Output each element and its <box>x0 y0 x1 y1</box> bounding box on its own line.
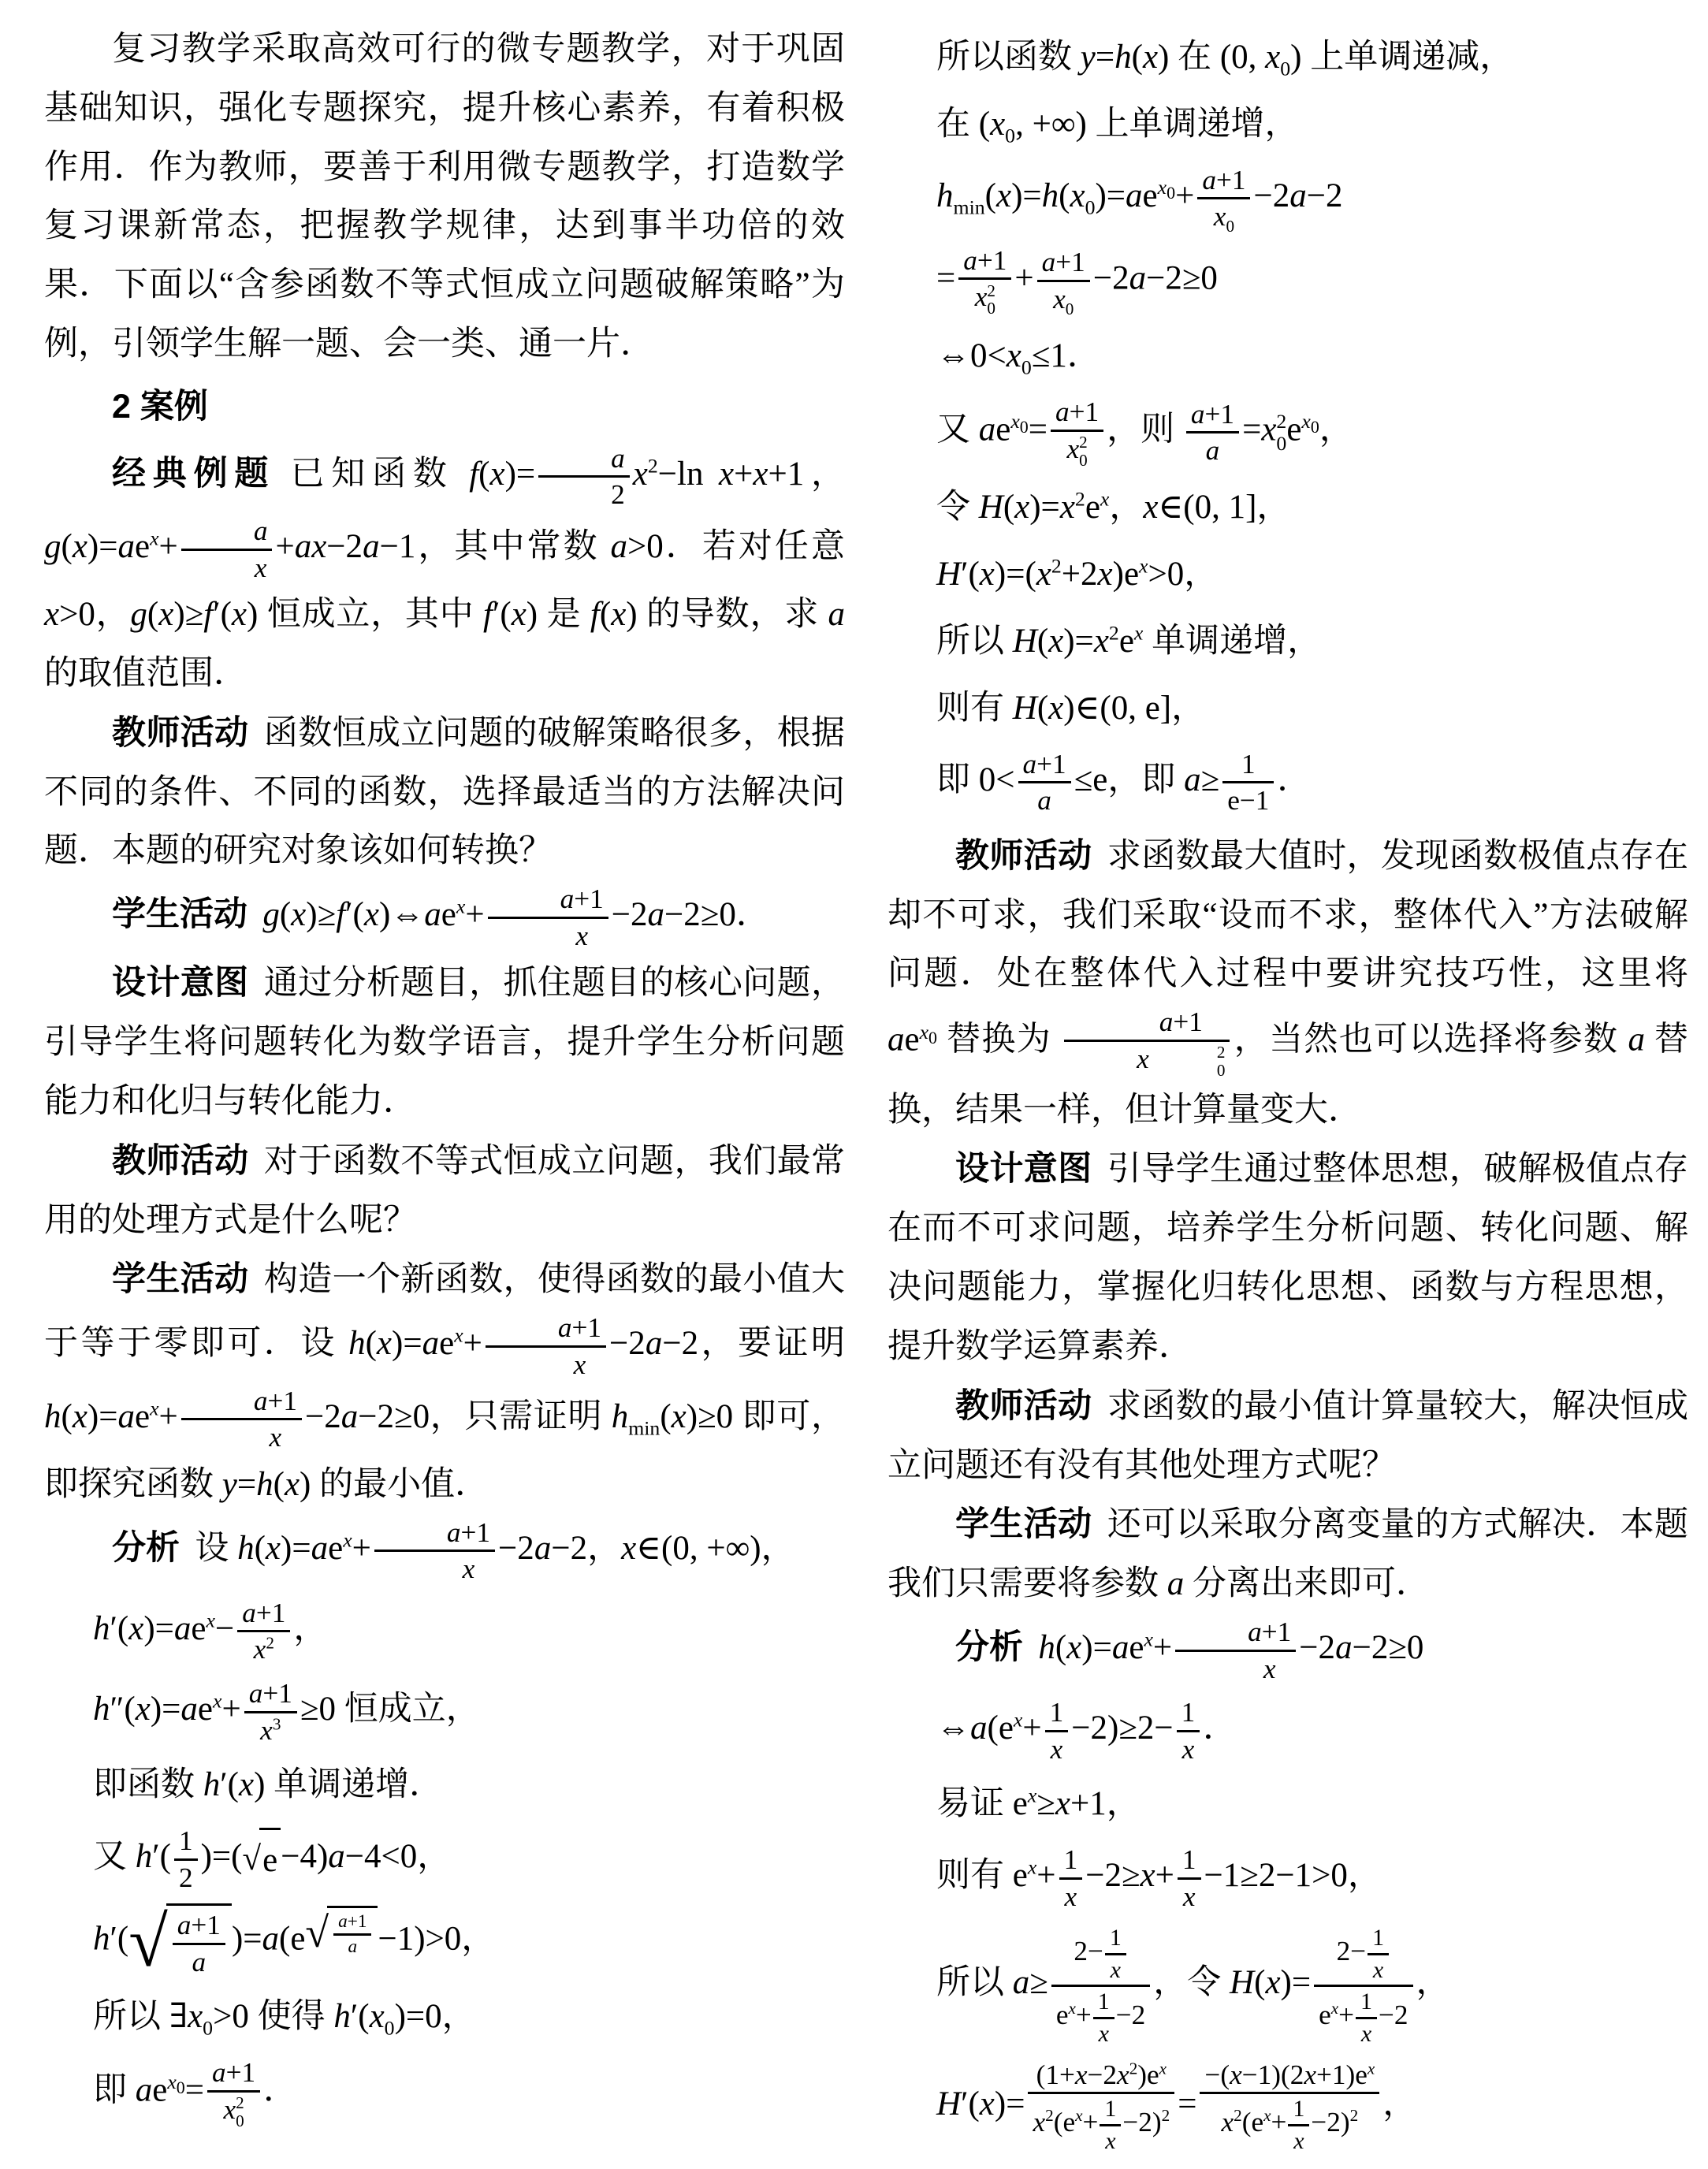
labeled-paragraph: 教师活动求函数的最小值计算量较大，解决恒成立问题还有没有其他处理方式呢？ <box>887 1377 1688 1496</box>
fraction-numerator: a+1 <box>1186 398 1239 432</box>
math-variable: h <box>93 1691 110 1728</box>
math-variable: x <box>1141 1857 1155 1894</box>
fraction-numerator: 1 <box>1045 1696 1069 1730</box>
math-variable: h <box>348 1325 366 1362</box>
math-variable: x <box>611 596 626 633</box>
math-variable: x <box>188 1998 203 2035</box>
math-variable: x <box>1144 1628 1152 1651</box>
math-variable: x <box>1069 1999 1076 2018</box>
math-variable: a <box>1042 247 1056 277</box>
math-variable: y <box>222 1466 237 1503</box>
sub-sup-stack: 20 <box>1079 433 1088 470</box>
math-variable: x <box>1010 410 1019 433</box>
math-variable: x <box>489 456 504 493</box>
fraction-numerator: a+1 <box>1037 246 1090 280</box>
math-variable: x <box>1265 39 1280 76</box>
math-variable: x <box>1100 488 1109 511</box>
fraction-numerator: a+1 <box>173 1909 225 1943</box>
math-variable: x <box>1230 2059 1242 2090</box>
math-variable: a <box>328 1838 345 1875</box>
math-variable: x <box>1007 337 1021 374</box>
math-variable: x <box>1066 433 1079 464</box>
fraction-numerator: a+1 <box>1018 748 1071 782</box>
section-label: 设计意图 <box>955 1150 1092 1188</box>
subscript: 0 <box>203 2017 213 2040</box>
math-variable: x <box>1075 2107 1082 2126</box>
fraction-numerator: a <box>538 442 630 476</box>
math-variable: x <box>1143 39 1158 76</box>
subscript: 0 <box>1226 217 1234 236</box>
fraction-denominator: x <box>1178 1877 1201 1914</box>
fraction-denominator: x <box>1100 2124 1121 2155</box>
paragraph: ⇔0<x0≤1． <box>887 327 1688 386</box>
paragraph: H′(x)=(x2+2x)ex>0， <box>887 545 1688 605</box>
math-variable: x <box>150 527 158 550</box>
fraction-numerator: a+1 <box>486 1311 606 1345</box>
fraction-numerator: a+1 <box>181 1385 302 1419</box>
fraction-numerator: 1 <box>174 1825 198 1858</box>
math-variable: x <box>260 1715 273 1746</box>
superscript: 2 <box>266 1634 274 1653</box>
labeled-paragraph: 分析h(x)=aex+a+1x−2a−2≥0 <box>887 1614 1688 1687</box>
fraction: a+1x <box>181 1385 302 1454</box>
math-variable: x <box>207 1609 215 1631</box>
paragraph: 所以函数 y=h(x) 在 (0, x0) 上单调递减， <box>887 28 1688 87</box>
paragraph: 令 H(x)=x2ex，x∈(0, 1]， <box>887 478 1688 538</box>
section-label: 2 案例 <box>112 388 208 426</box>
subscript: 0 <box>1020 417 1029 437</box>
math-variable: x <box>232 596 247 633</box>
fraction-numerator: 1 <box>1222 748 1274 782</box>
paragraph: 又 h′(12)=(√e−4)a−4<0， <box>44 1823 845 1896</box>
labeled-paragraph: 学生活动还可以采取分离变量的方式解决．本题我们只需要将参数 a 分离出来即可． <box>887 1495 1688 1614</box>
math-variable: x <box>1033 2107 1045 2137</box>
subscript: 0 <box>177 2078 185 2098</box>
fraction: a+1a <box>173 1909 225 1978</box>
paragraph: 复习教学采取高效可行的微专题教学，对于巩固基础知识，强化专题探究，提升核心素养，… <box>44 20 845 374</box>
fraction-numerator: 2−1x <box>1314 1924 1412 1985</box>
math-variable: a <box>1159 1006 1174 1037</box>
fraction: a+1x <box>1175 1616 1296 1685</box>
superscript: x <box>1139 555 1148 578</box>
math-variable: x <box>1117 2059 1129 2090</box>
math-variable: x <box>1028 1784 1036 1807</box>
math-variable: a <box>1289 177 1307 214</box>
math-variable: x <box>128 1610 143 1647</box>
fraction: a2 <box>538 442 630 512</box>
math-variable: x <box>1014 1709 1022 1732</box>
paragraph: 在 (x0, +∞) 上单调递增， <box>887 95 1688 154</box>
math-variable: x <box>1222 2107 1234 2137</box>
subscript: min <box>954 195 985 218</box>
fraction-denominator: x <box>1093 2017 1114 2048</box>
paragraph: 则有 H(x)∈(0, e]， <box>887 679 1688 739</box>
fraction: a+1x20 <box>207 2056 260 2130</box>
math-variable: x <box>980 2085 995 2122</box>
math-variable: x <box>1066 1629 1081 1666</box>
superscript: x <box>1069 1999 1076 2018</box>
fraction: a+1x <box>488 883 608 952</box>
math-variable: h <box>936 177 954 214</box>
fraction-numerator: 1 <box>1178 1843 1201 1877</box>
fraction-denominator: x <box>374 1550 495 1586</box>
math-variable: x <box>1368 2059 1375 2078</box>
fraction-denominator: x20 <box>1064 1040 1230 1080</box>
fraction-numerator: 2−1x <box>1051 1924 1150 1985</box>
fraction: 1x <box>1177 1696 1200 1765</box>
math-variable: a <box>979 411 996 448</box>
math-variable: a <box>1129 259 1147 296</box>
superscript: x <box>454 1324 463 1347</box>
math-variable: x <box>343 1528 352 1551</box>
math-variable: h <box>1114 39 1132 76</box>
paragraph: 又 aex0=a+1x20，则 a+1a=x20ex0， <box>887 394 1688 471</box>
paragraph: 则有 ex+1x−2≥x+1x−1≥2−1>0， <box>887 1842 1688 1914</box>
subscript: 0 <box>1066 299 1074 318</box>
math-variable: H <box>1013 623 1037 660</box>
superscript: x <box>1368 2059 1375 2078</box>
fraction: 1x <box>1105 1924 1126 1984</box>
sub-sup-stack: 20 <box>1149 1044 1226 1080</box>
math-variable: x <box>1051 1734 1063 1765</box>
fraction: 1x <box>1059 1843 1083 1913</box>
fraction-denominator: e−1 <box>1222 781 1274 817</box>
math-variable: x <box>73 528 87 565</box>
math-variable: f <box>483 596 493 633</box>
fraction-denominator: x20 <box>207 2090 260 2130</box>
math-variable: x <box>1055 1785 1070 1822</box>
fraction: a+1x <box>486 1311 606 1381</box>
math-variable: x <box>463 1553 475 1584</box>
math-variable: a <box>970 1710 988 1747</box>
fraction: ax <box>181 515 273 584</box>
math-variable: x <box>44 596 59 633</box>
fraction: 1e−1 <box>1222 748 1274 817</box>
superscript: x <box>213 1690 221 1713</box>
superscript: x <box>456 895 465 918</box>
math-variable: x <box>1304 2059 1316 2090</box>
fraction-denominator: a <box>333 1933 371 1958</box>
math-variable: y <box>1081 39 1096 76</box>
math-variable: x <box>1070 177 1085 214</box>
math-variable: h <box>612 1397 629 1434</box>
math-variable: x <box>1373 1957 1383 1983</box>
paragraph: 即 0<a+1a≤e，即 a≥1e−1． <box>887 746 1688 819</box>
math-variable: x <box>213 1690 221 1713</box>
math-variable: a <box>338 1911 348 1932</box>
math-variable: x <box>1048 690 1063 727</box>
fraction-denominator: ex+1x−2 <box>1051 1985 1150 2048</box>
math-variable: x <box>920 1021 928 1044</box>
math-variable: h <box>256 1466 274 1503</box>
math-variable: x <box>975 281 988 312</box>
fraction-denominator: x20 <box>958 277 1011 318</box>
math-variable: a <box>254 515 268 546</box>
fraction-denominator: x2 <box>237 1630 290 1666</box>
stack-superscript: 2 <box>1079 433 1088 452</box>
labeled-paragraph: 教师活动求函数最大值时，发现函数极值点存在却不可求，我们采取“设而不求，整体代入… <box>887 827 1688 1140</box>
sub-sup-stack: 20 <box>1276 411 1286 455</box>
subscript: 0 <box>1280 58 1290 80</box>
math-variable: a <box>341 1397 359 1434</box>
math-variable: x <box>1293 2128 1304 2154</box>
math-variable: f <box>469 456 478 493</box>
labeled-paragraph: 经典例题已知函数 f(x)=a2x2−ln x+x+1，g(x)=aex+ax+… <box>44 441 845 704</box>
math-variable: a <box>1248 1617 1262 1647</box>
paragraph: 即 aex0=a+1x20． <box>44 2055 845 2131</box>
math-variable: x <box>136 1691 151 1728</box>
math-variable: x <box>364 896 379 933</box>
fraction-denominator: x <box>486 1345 606 1382</box>
math-variable: x <box>223 2094 236 2125</box>
section-label: 设计意图 <box>112 964 249 1002</box>
fraction-numerator: a+1 <box>1197 164 1250 198</box>
stack-subscript: 0 <box>236 2112 244 2130</box>
superscript: 2 <box>1162 2107 1170 2126</box>
math-variable: x <box>454 1324 463 1347</box>
section-label: 学生活动 <box>112 1260 249 1298</box>
stack-subscript: 0 <box>1149 1062 1226 1080</box>
fraction: (1+x−2x2)exx2(ex+1x−2)2 <box>1028 2059 1174 2155</box>
superscript: x0 <box>1158 176 1175 199</box>
fraction-denominator: x <box>1059 1877 1083 1914</box>
radical-sign: √ <box>128 1914 168 1970</box>
math-variable: h <box>333 1998 351 2035</box>
math-variable: a <box>262 1921 280 1958</box>
superscript: x0 <box>920 1021 937 1044</box>
math-variable: h <box>237 1530 255 1567</box>
fraction: a+1x3 <box>244 1677 297 1747</box>
math-variable: h <box>44 1397 61 1434</box>
math-variable: g <box>130 596 147 633</box>
math-variable: x <box>1075 2059 1088 2090</box>
fraction: −(x−1)(2x+1)exx2(ex+1x−2)2 <box>1200 2059 1379 2155</box>
math-variable: x <box>1361 2021 1371 2047</box>
square-root: √a+1a <box>305 1906 378 1960</box>
fraction: a+1x0 <box>1037 246 1090 315</box>
math-variable: x <box>1331 1999 1338 2018</box>
paragraph: H′(x)=(1+x−2x2)exx2(ex+1x−2)2=−(x−1)(2x+… <box>887 2057 1688 2156</box>
math-variable: x <box>633 456 648 493</box>
fraction-numerator: a+1 <box>237 1597 290 1631</box>
math-variable: H <box>936 556 961 593</box>
superscript: x <box>150 1397 158 1419</box>
math-variable: x <box>621 1530 636 1567</box>
math-variable: x <box>1048 623 1063 660</box>
fraction: 12 <box>174 1825 198 1894</box>
math-variable: a <box>177 1910 192 1940</box>
paragraph: hmin(x)=h(x0)=aex0+a+1x0−2a−2 <box>887 162 1688 235</box>
section-label: 经典例题 <box>112 455 275 493</box>
fraction-denominator: x0 <box>1037 280 1090 316</box>
fraction-denominator: x <box>1105 1953 1126 1984</box>
radical-sign: √ <box>243 1844 262 1875</box>
superscript: x <box>1134 622 1143 645</box>
math-variable: x <box>996 177 1011 214</box>
superscript: x <box>1144 1628 1152 1651</box>
math-variable: h <box>93 1610 110 1647</box>
math-variable: a <box>1013 1965 1030 2002</box>
math-variable: x <box>1137 1044 1149 1074</box>
superscript: x <box>1014 1709 1022 1732</box>
paragraph: ⇔a(ex+1x−2)≥2−1x． <box>887 1695 1688 1767</box>
subscript: 0 <box>1021 356 1032 379</box>
superscript: x <box>150 527 158 550</box>
paragraph: h′(x)=aex−a+1x2， <box>44 1595 845 1668</box>
math-variable: x <box>1183 1881 1196 1912</box>
fraction-denominator: x <box>181 549 273 585</box>
math-variable: H <box>979 489 1003 526</box>
math-variable: h <box>1042 177 1059 214</box>
superscript: 3 <box>273 1714 281 1733</box>
fraction-denominator: x3 <box>244 1711 297 1747</box>
math-variable: a <box>254 1386 268 1416</box>
square-root: √a+1a <box>128 1903 232 1980</box>
fraction-numerator: a+1 <box>374 1516 495 1550</box>
math-variable: a <box>118 1397 136 1434</box>
math-variable: x <box>456 895 465 918</box>
paragraph: 所以 a≥2−1xex+1x−2，令 H(x)=2−1xex+1x−2， <box>887 1922 1688 2048</box>
paragraph: 即函数 h′(x) 单调递增． <box>44 1756 845 1815</box>
math-variable: g <box>44 528 61 565</box>
fraction-numerator: a+1 <box>1064 1006 1230 1040</box>
sub-sup-stack: 20 <box>236 2094 244 2130</box>
math-variable: a <box>610 528 627 565</box>
labeled-paragraph: 教师活动对于函数不等式恒成立问题，我们最常用的处理方式是什么呢？ <box>44 1132 845 1251</box>
math-variable: x <box>719 456 734 493</box>
radicand: a+1a <box>327 1906 378 1960</box>
fraction-denominator: x <box>1288 2124 1309 2155</box>
fraction: 1x <box>1100 2095 1121 2155</box>
fraction-denominator: a <box>1018 781 1071 817</box>
math-variable: a <box>963 245 977 276</box>
radicand: a+1a <box>166 1903 232 1980</box>
section-label: 教师活动 <box>955 1387 1092 1425</box>
labeled-paragraph: 学生活动g(x)≥f′(x)⇔aex+a+1x−2a−2≥0． <box>44 881 845 954</box>
fraction: a+1a <box>333 1911 371 1959</box>
subscript: 0 <box>385 2017 395 2040</box>
sub-sup-stack: 20 <box>987 282 995 318</box>
math-variable: a <box>1112 1629 1129 1666</box>
math-variable: x <box>377 1325 392 1362</box>
math-variable: H <box>1230 1965 1254 2002</box>
fraction-numerator: a+1 <box>207 2056 260 2090</box>
math-variable: x <box>1111 1957 1121 1983</box>
math-variable: a <box>611 443 625 474</box>
math-variable: g <box>262 896 280 933</box>
math-variable: x <box>370 1998 385 2035</box>
superscript: x <box>1028 1856 1036 1879</box>
math-variable: x <box>291 896 306 933</box>
superscript: x <box>1075 2107 1082 2126</box>
superscript: x0 <box>167 2070 184 2093</box>
superscript: √a+1a <box>305 1919 378 1942</box>
article-page: 复习教学采取高效可行的微专题教学，对于巩固基础知识，强化专题探究，提升核心素养，… <box>0 0 1708 2164</box>
superscript: x <box>207 1609 215 1631</box>
math-variable: x <box>270 1422 282 1453</box>
subscript: 0 <box>1311 417 1319 437</box>
math-variable: x <box>1094 623 1109 660</box>
fraction-numerator: 1 <box>1356 1988 1377 2016</box>
paragraph: 所以 ∃x0>0 使得 h′(x0)=0， <box>44 1988 845 2047</box>
fraction-numerator: a+1 <box>488 883 608 917</box>
fraction: 1x <box>1356 1988 1377 2048</box>
fraction-numerator: a+1 <box>958 244 1011 278</box>
subscript: 0 <box>1085 195 1096 218</box>
math-variable: x <box>1099 2021 1109 2047</box>
superscript: x <box>1028 1784 1036 1807</box>
math-variable: a <box>1628 1021 1645 1058</box>
fraction-numerator: 1 <box>1093 1988 1114 2016</box>
math-variable: x <box>1261 411 1276 448</box>
superscript: 2 <box>1075 488 1085 511</box>
section-label: 教师活动 <box>112 1142 249 1180</box>
math-variable: x <box>150 1397 158 1419</box>
superscript: x <box>1159 2059 1167 2078</box>
fraction-denominator: x2(ex+1x−2)2 <box>1028 2092 1174 2155</box>
math-variable: a <box>887 1021 905 1058</box>
math-variable: h <box>203 1766 221 1803</box>
left-column: 复习教学采取高效可行的微专题教学，对于巩固基础知识，强化专题探究，提升核心素养，… <box>44 20 845 2164</box>
math-variable: ax <box>295 528 327 565</box>
math-variable: x <box>1158 176 1167 199</box>
fraction-numerator: a+1 <box>244 1677 297 1711</box>
math-variable: x <box>1134 622 1143 645</box>
math-variable: a <box>249 1678 263 1709</box>
fraction-denominator: ex+1x−2 <box>1314 1985 1412 2048</box>
math-variable: x <box>239 1766 254 1803</box>
math-variable: x <box>1139 555 1148 578</box>
math-variable: a <box>174 1610 192 1647</box>
stack-subscript: 0 <box>1276 433 1286 455</box>
fraction-numerator: (1+x−2x2)ex <box>1028 2059 1174 2093</box>
fraction: a+1x2 <box>237 1597 290 1666</box>
stack-superscript: 2 <box>987 282 995 300</box>
fraction: a+1a <box>1018 748 1071 817</box>
math-variable: H <box>1013 690 1037 727</box>
math-variable: f <box>590 596 600 633</box>
math-variable: h <box>136 1838 153 1875</box>
math-variable: a <box>363 528 380 565</box>
paragraph: 所以 H(x)=x2ex 单调递增， <box>887 612 1688 672</box>
math-variable: x <box>255 552 267 583</box>
math-variable: x <box>574 1349 586 1380</box>
paragraph: h″(x)=aex+a+1x3≥0 恒成立， <box>44 1676 845 1748</box>
math-variable: x <box>1105 2128 1115 2154</box>
fraction: a+1x20 <box>1051 396 1103 469</box>
superscript: x0 <box>1010 410 1028 433</box>
stack-subscript: 0 <box>1079 452 1088 470</box>
stack-subscript: 0 <box>987 299 995 318</box>
math-variable: x <box>1159 2059 1167 2078</box>
superscript: 2 <box>1129 2059 1138 2078</box>
fraction-denominator: x <box>181 1418 302 1454</box>
labeled-paragraph: 教师活动函数恒成立问题的破解策略很多，根据不同的条件、不同的函数，选择最适当的方… <box>44 704 845 881</box>
math-variable: x <box>1098 556 1113 593</box>
fraction-denominator: 2 <box>174 1858 198 1895</box>
math-variable: x <box>285 1466 300 1503</box>
page: { "page": {"background": "#ffffff", "tex… <box>0 0 1708 2169</box>
math-variable: a <box>1202 165 1216 195</box>
labeled-paragraph: 设计意图通过分析题目，抓住题目的核心问题，引导学生将问题转化为数学语言，提升学生… <box>44 954 845 1131</box>
fraction-numerator: 1 <box>1177 1696 1200 1730</box>
fraction: 2−1xex+1x−2 <box>1051 1924 1150 2047</box>
paragraph: =a+1x20+a+1x0−2a−2≥0 <box>887 243 1688 319</box>
math-variable: f <box>203 596 213 633</box>
math-variable: a <box>560 884 575 914</box>
section-label: 教师活动 <box>112 714 249 752</box>
fraction-numerator: 1 <box>1368 1924 1389 1952</box>
